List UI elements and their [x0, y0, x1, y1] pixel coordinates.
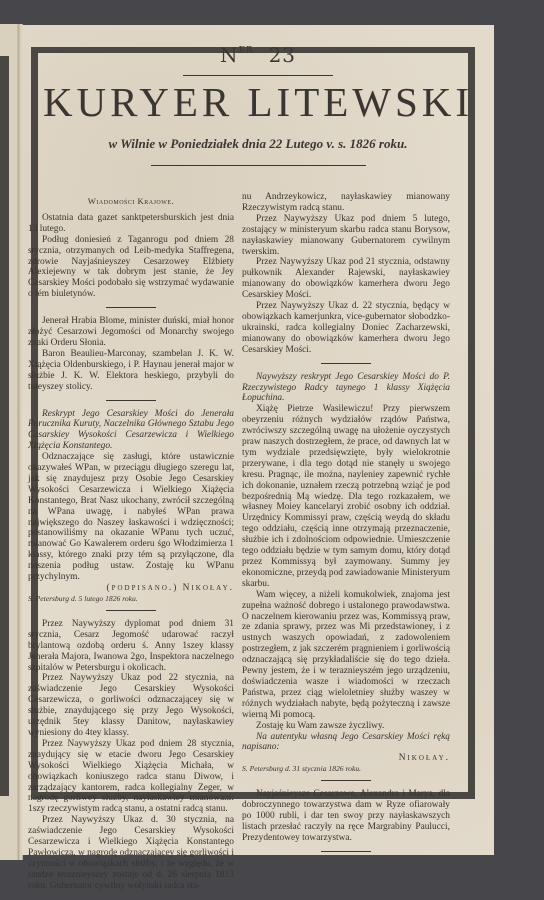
separator-rule — [106, 610, 156, 611]
issue-value: 23 — [269, 43, 296, 67]
signature: (podpisano.) Nikołay. — [28, 583, 234, 594]
article-paragraph: Odznaczające się zasługi, które ustawicz… — [28, 452, 234, 583]
newspaper-title: KURYER LITEWSKI — [22, 78, 494, 126]
article-paragraph: Ostatnia data gazet sanktpetersburskich … — [28, 213, 234, 235]
separator-rule — [321, 363, 371, 364]
article-paragraph: Xiążę Pietrze Wasilewiczu! Przy pierwsze… — [242, 404, 450, 589]
end-rule — [321, 851, 371, 852]
issue-label: N — [220, 43, 239, 67]
article-paragraph: Przez Naywyższy Ukaz pod dniem 5 lutego,… — [242, 214, 450, 258]
article-paragraph: Przez Naywyższy Ukaz d. 30 stycznia, na … — [28, 815, 234, 891]
dateline: w Wilnie w Poniedziałek dnia 22 Lutego v… — [22, 136, 494, 152]
article-paragraph: Baron Beaulieu-Marconay, szambelan J. K.… — [28, 349, 234, 393]
section-heading: Wiadomości Krajowe. — [28, 196, 234, 207]
article-paragraph: Na autentyku własną Jego Cesarskiey Mośc… — [242, 732, 450, 754]
adjacent-page-edge — [0, 24, 23, 860]
page-gutter — [17, 24, 20, 860]
article-paragraph: Zostaję ku Wam zawsze życzliwy. — [242, 721, 450, 732]
masthead-rule — [183, 75, 333, 76]
article-paragraph: Przez Naywyższy Ukaz pod dniem 28 styczn… — [28, 739, 234, 815]
separator-rule — [321, 780, 371, 781]
article-paragraph: nu Andrzeykowicz, nayłaskawiey mianowany… — [242, 192, 450, 214]
place-date: S. Petersburg d. 31 stycznia 1826 roku. — [242, 764, 450, 773]
article-paragraph: Przez Naywyższy Ukaz pod 22 stycznia, na… — [28, 673, 234, 738]
article-paragraph: Podług doniesień z Taganrogu pod dniem 2… — [28, 235, 234, 300]
place-date: S. Petersburg d. 5 lutego 1826 roku. — [28, 594, 234, 603]
rescript-heading: Naywyższy reskrypt Jego Cesarskiey Mości… — [242, 372, 450, 405]
left-column: Wiadomości Krajowe. Ostatnia data gazet … — [28, 192, 234, 892]
separator-rule — [106, 400, 156, 401]
right-column: nu Andrzeykowicz, nayłaskawiey mianowany… — [242, 192, 450, 860]
issue-number: NER 23 — [22, 43, 494, 67]
article-paragraph: Przez Naywyższy Ukaz pod 21 stycznia, od… — [242, 257, 450, 301]
article-paragraph: Przez Naywyższy dyplomat pod dniem 31 st… — [28, 619, 234, 674]
article-paragraph: Nayjaśnieysze Cesarzowe, Alexandra i Mar… — [242, 789, 450, 844]
adjacent-page-border — [0, 56, 9, 796]
masthead-divider — [151, 165, 366, 166]
newspaper-page: NER 23 KURYER LITEWSKI w Wilnie w Ponied… — [22, 25, 494, 855]
article-paragraph: Przez Naywyższy Ukaz d. 22 stycznia, będ… — [242, 301, 450, 356]
rescript-heading: Reskrypt Jego Cesarskiey Mości do Jenera… — [28, 409, 234, 453]
separator-rule — [106, 307, 156, 308]
issue-sup: ER — [238, 46, 253, 56]
signature: Nikołay. — [242, 753, 450, 764]
article-paragraph: Wam więcey, a niżeli komukolwiek, znajom… — [242, 590, 450, 721]
masthead: NER 23 KURYER LITEWSKI w Wilnie w Ponied… — [22, 25, 494, 166]
article-paragraph: Jenerał Hrabia Blome, minister duński, m… — [28, 316, 234, 349]
